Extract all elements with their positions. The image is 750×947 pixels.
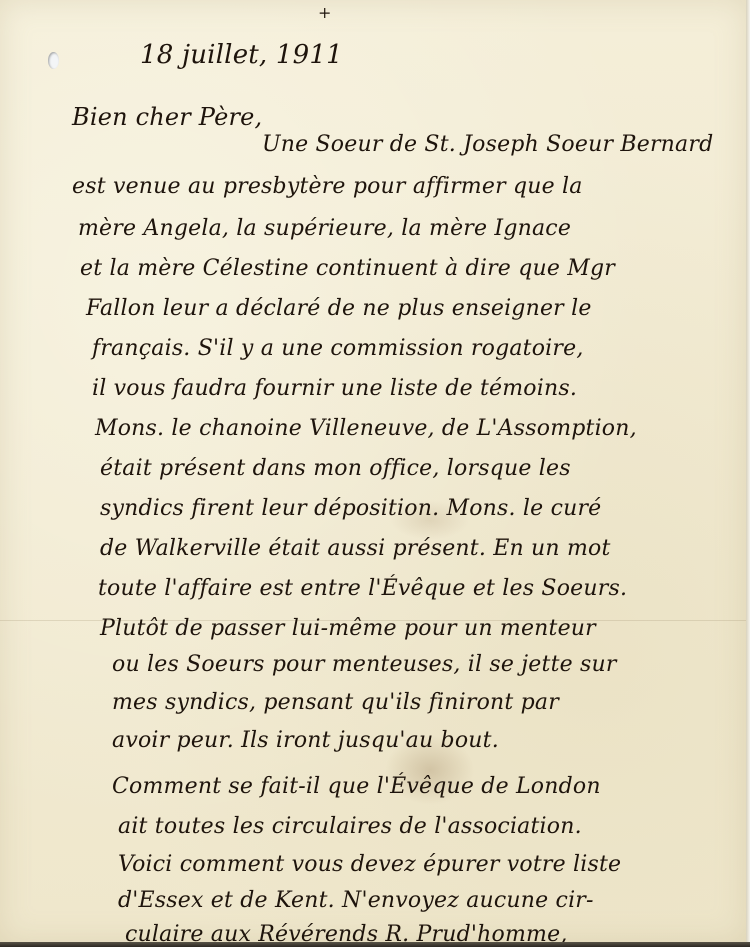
letter-line: Comment se fait-il que l'Évêque de Londo… bbox=[112, 774, 601, 799]
scan-border bbox=[0, 942, 750, 947]
letter-line: est venue au presbytère pour affirmer qu… bbox=[72, 174, 583, 199]
letter-page: + 18 juillet, 1911 Bien cher Père, Une S… bbox=[0, 0, 746, 942]
letter-line: de Walkerville était aussi présent. En u… bbox=[100, 536, 611, 561]
letter-line: français. S'il y a une commission rogato… bbox=[92, 336, 584, 361]
letter-date: 18 juillet, 1911 bbox=[140, 40, 343, 70]
letter-line: Voici comment vous devez épurer votre li… bbox=[118, 852, 621, 877]
letter-line: mère Angela, la supérieure, la mère Igna… bbox=[78, 216, 571, 241]
letter-line: toute l'affaire est entre l'Évêque et le… bbox=[98, 576, 627, 601]
letter-line: ou les Soeurs pour menteuses, il se jett… bbox=[112, 652, 617, 677]
letter-line: avoir peur. Ils iront jusqu'au bout. bbox=[112, 728, 499, 753]
letter-line: d'Essex et de Kent. N'envoyez aucune cir… bbox=[118, 888, 594, 913]
letter-salutation: Bien cher Père, bbox=[72, 103, 750, 131]
letter-line: ait toutes les circulaires de l'associat… bbox=[118, 814, 582, 839]
header-cross-mark: + bbox=[318, 3, 332, 22]
letter-line: Fallon leur a déclaré de ne plus enseign… bbox=[86, 296, 592, 321]
letter-line: Une Soeur de St. Joseph Soeur Bernard bbox=[262, 132, 713, 157]
letter-line: et la mère Célestine continuent à dire q… bbox=[80, 256, 615, 281]
letter-line: était présent dans mon office, lorsque l… bbox=[100, 456, 571, 481]
letter-line: Mons. le chanoine Villeneuve, de L'Assom… bbox=[95, 416, 637, 441]
letter-line: Plutôt de passer lui-même pour un menteu… bbox=[100, 616, 596, 641]
letter-line: mes syndics, pensant qu'ils finiront par bbox=[112, 690, 559, 715]
letter-line: il vous faudra fournir une liste de témo… bbox=[92, 376, 577, 401]
letter-line: syndics firent leur déposition. Mons. le… bbox=[100, 496, 601, 521]
paper-edge bbox=[746, 0, 750, 947]
punch-hole bbox=[48, 52, 59, 69]
